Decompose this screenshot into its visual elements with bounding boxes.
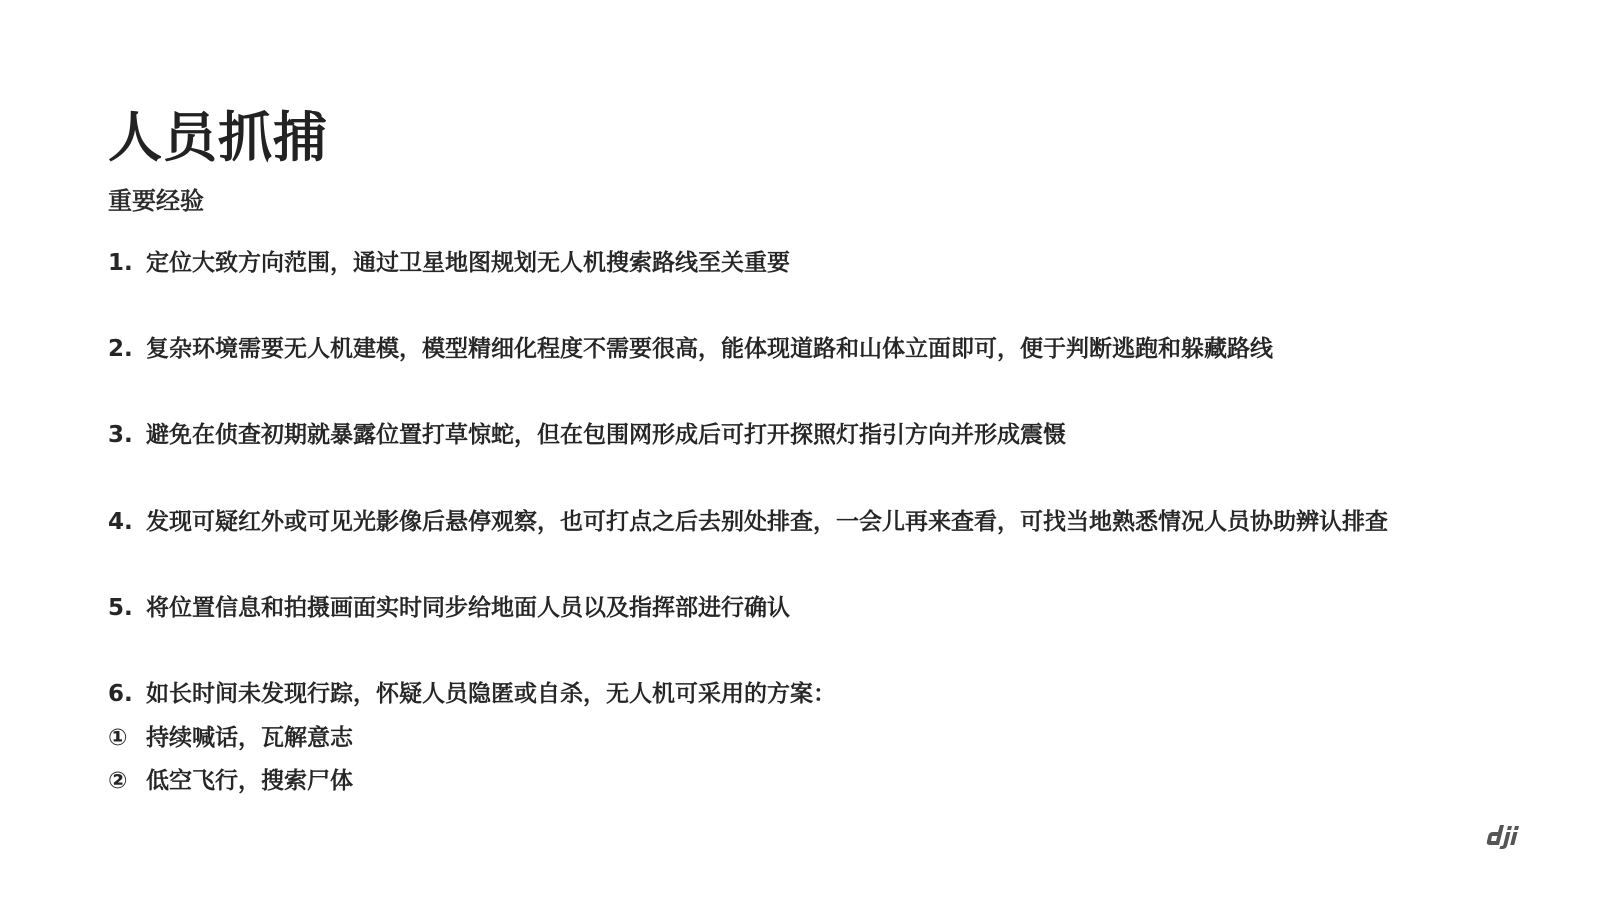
- list-item-5: 5. 将位置信息和拍摄画面实时同步给地面人员以及指挥部进行确认: [108, 592, 790, 624]
- dji-logo-icon: [1486, 823, 1530, 849]
- list-text: 复杂环境需要无人机建模，模型精细化程度不需要很高，能体现道路和山体立面即可，便于…: [146, 333, 1273, 365]
- sub-item-1: ① 持续喊话，瓦解意志: [108, 722, 353, 754]
- list-marker: 5.: [108, 592, 146, 624]
- list-item-1: 1. 定位大致方向范围，通过卫星地图规划无人机搜索路线至关重要: [108, 247, 790, 279]
- sub-text: 持续喊话，瓦解意志: [146, 722, 353, 754]
- list-marker: 4.: [108, 506, 146, 538]
- sub-marker: ①: [108, 722, 146, 754]
- list-text: 发现可疑红外或可见光影像后悬停观察，也可打点之后去别处排查，一会儿再来查看，可找…: [146, 506, 1388, 538]
- slide-subtitle: 重要经验: [108, 184, 204, 218]
- slide-title: 人员抓捕: [108, 104, 328, 172]
- list-text: 避免在侦查初期就暴露位置打草惊蛇，但在包围网形成后可打开探照灯指引方向并形成震慑: [146, 419, 1066, 451]
- list-marker: 1.: [108, 247, 146, 279]
- list-text: 定位大致方向范围，通过卫星地图规划无人机搜索路线至关重要: [146, 247, 790, 279]
- list-marker: 6.: [108, 678, 146, 710]
- sub-text: 低空飞行，搜索尸体: [146, 765, 353, 797]
- slide: 人员抓捕 重要经验 1. 定位大致方向范围，通过卫星地图规划无人机搜索路线至关重…: [0, 0, 1600, 900]
- sub-marker: ②: [108, 765, 146, 797]
- list-marker: 2.: [108, 333, 146, 365]
- list-text: 将位置信息和拍摄画面实时同步给地面人员以及指挥部进行确认: [146, 592, 790, 624]
- list-item-4: 4. 发现可疑红外或可见光影像后悬停观察，也可打点之后去别处排查，一会儿再来查看…: [108, 506, 1388, 538]
- sub-item-2: ② 低空飞行，搜索尸体: [108, 765, 353, 797]
- list-item-3: 3. 避免在侦查初期就暴露位置打草惊蛇，但在包围网形成后可打开探照灯指引方向并形…: [108, 419, 1066, 451]
- list-marker: 3.: [108, 419, 146, 451]
- list-text: 如长时间未发现行踪，怀疑人员隐匿或自杀，无人机可采用的方案：: [146, 678, 836, 710]
- list-item-6: 6. 如长时间未发现行踪，怀疑人员隐匿或自杀，无人机可采用的方案：: [108, 678, 836, 710]
- list-item-2: 2. 复杂环境需要无人机建模，模型精细化程度不需要很高，能体现道路和山体立面即可…: [108, 333, 1273, 365]
